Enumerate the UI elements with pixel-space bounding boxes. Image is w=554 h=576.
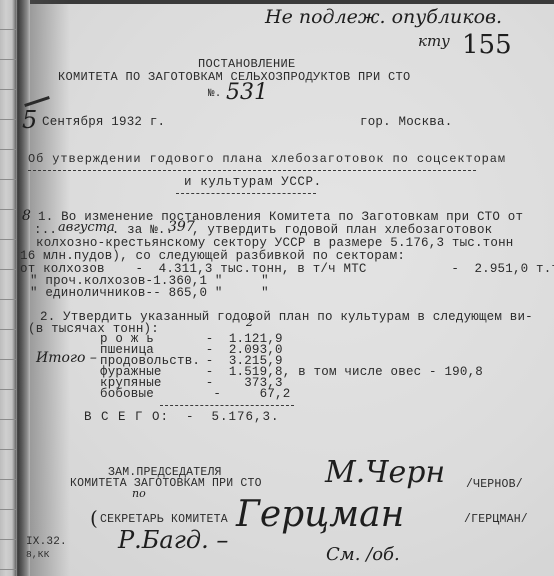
footer-date-code: IX.32.: [26, 536, 67, 548]
deputy-signature: М.Черн: [325, 455, 445, 490]
rye-correction: 2: [246, 316, 253, 329]
handwritten-itogo: Итого –: [36, 350, 97, 366]
binding-grid: [0, 0, 17, 576]
secretary-bracket: (: [90, 506, 98, 530]
decree-number-prefix: №.: [208, 88, 222, 100]
deputy-inserted-word: по: [132, 487, 146, 500]
subject-line1: Об утверждении годового плана хлебозагот…: [28, 152, 506, 166]
subject-underline1: [28, 170, 476, 171]
document-date: Сентября 1932 г.: [42, 115, 165, 129]
deputy-committee: КОМИТЕТА ЗАГОТОВКАМ ПРИ СТО: [70, 477, 262, 490]
total-underline: [160, 405, 294, 406]
top-edge: [0, 0, 554, 4]
handwritten-day: 5: [22, 106, 37, 134]
subject-underline2: [176, 193, 316, 194]
secretary-signature: Герцман: [236, 494, 404, 535]
item1-line2-mid: .. за №..: [104, 223, 173, 237]
document-place: гор. Москва.: [360, 115, 452, 129]
total-row: В С Е Г О: - 5.176,3.: [84, 410, 280, 424]
document-page: Не подлеж. опубликов. кту 155 ПОСТАНОВЛЕ…: [0, 0, 554, 576]
see-reverse-note: См. /об.: [326, 544, 400, 565]
sector-row: " единоличников-- 865,0 " ": [30, 286, 269, 300]
footer-copies: 8,КК: [26, 549, 50, 560]
document-title: ПОСТАНОВЛЕНИЕ: [198, 57, 296, 71]
item1-line2-end: , утвердить годовой план хлебозаготовок: [192, 223, 492, 237]
item1-line4: 16 млн.пудов), со следующей разбивкой по…: [20, 249, 405, 263]
subject-line2: и культурам УССР.: [184, 175, 322, 189]
page-number: 155: [462, 30, 512, 60]
item1-line2-start: :..: [34, 223, 57, 237]
item1-line3: колхозно-крестьянскому сектору УССР в ра…: [36, 236, 513, 250]
item1-margin-mark: 8: [22, 208, 31, 224]
decree-number: 531: [226, 80, 268, 105]
deputy-name: /ЧЕРНОВ/: [466, 478, 523, 491]
handwritten-note-line2: кту: [418, 32, 450, 50]
handwritten-prev-decree-number: 397: [168, 219, 195, 235]
visa-signature: Р.Багд. –: [118, 526, 228, 554]
secretary-name: /ГЕРЦМАН/: [464, 513, 528, 526]
handwritten-restriction-note: Не подлеж. опубликов.: [265, 6, 502, 28]
crop-row: бобовые - 67,2: [100, 387, 290, 401]
secretary-title: СЕКРЕТАРЬ КОМИТЕТА: [100, 513, 228, 526]
